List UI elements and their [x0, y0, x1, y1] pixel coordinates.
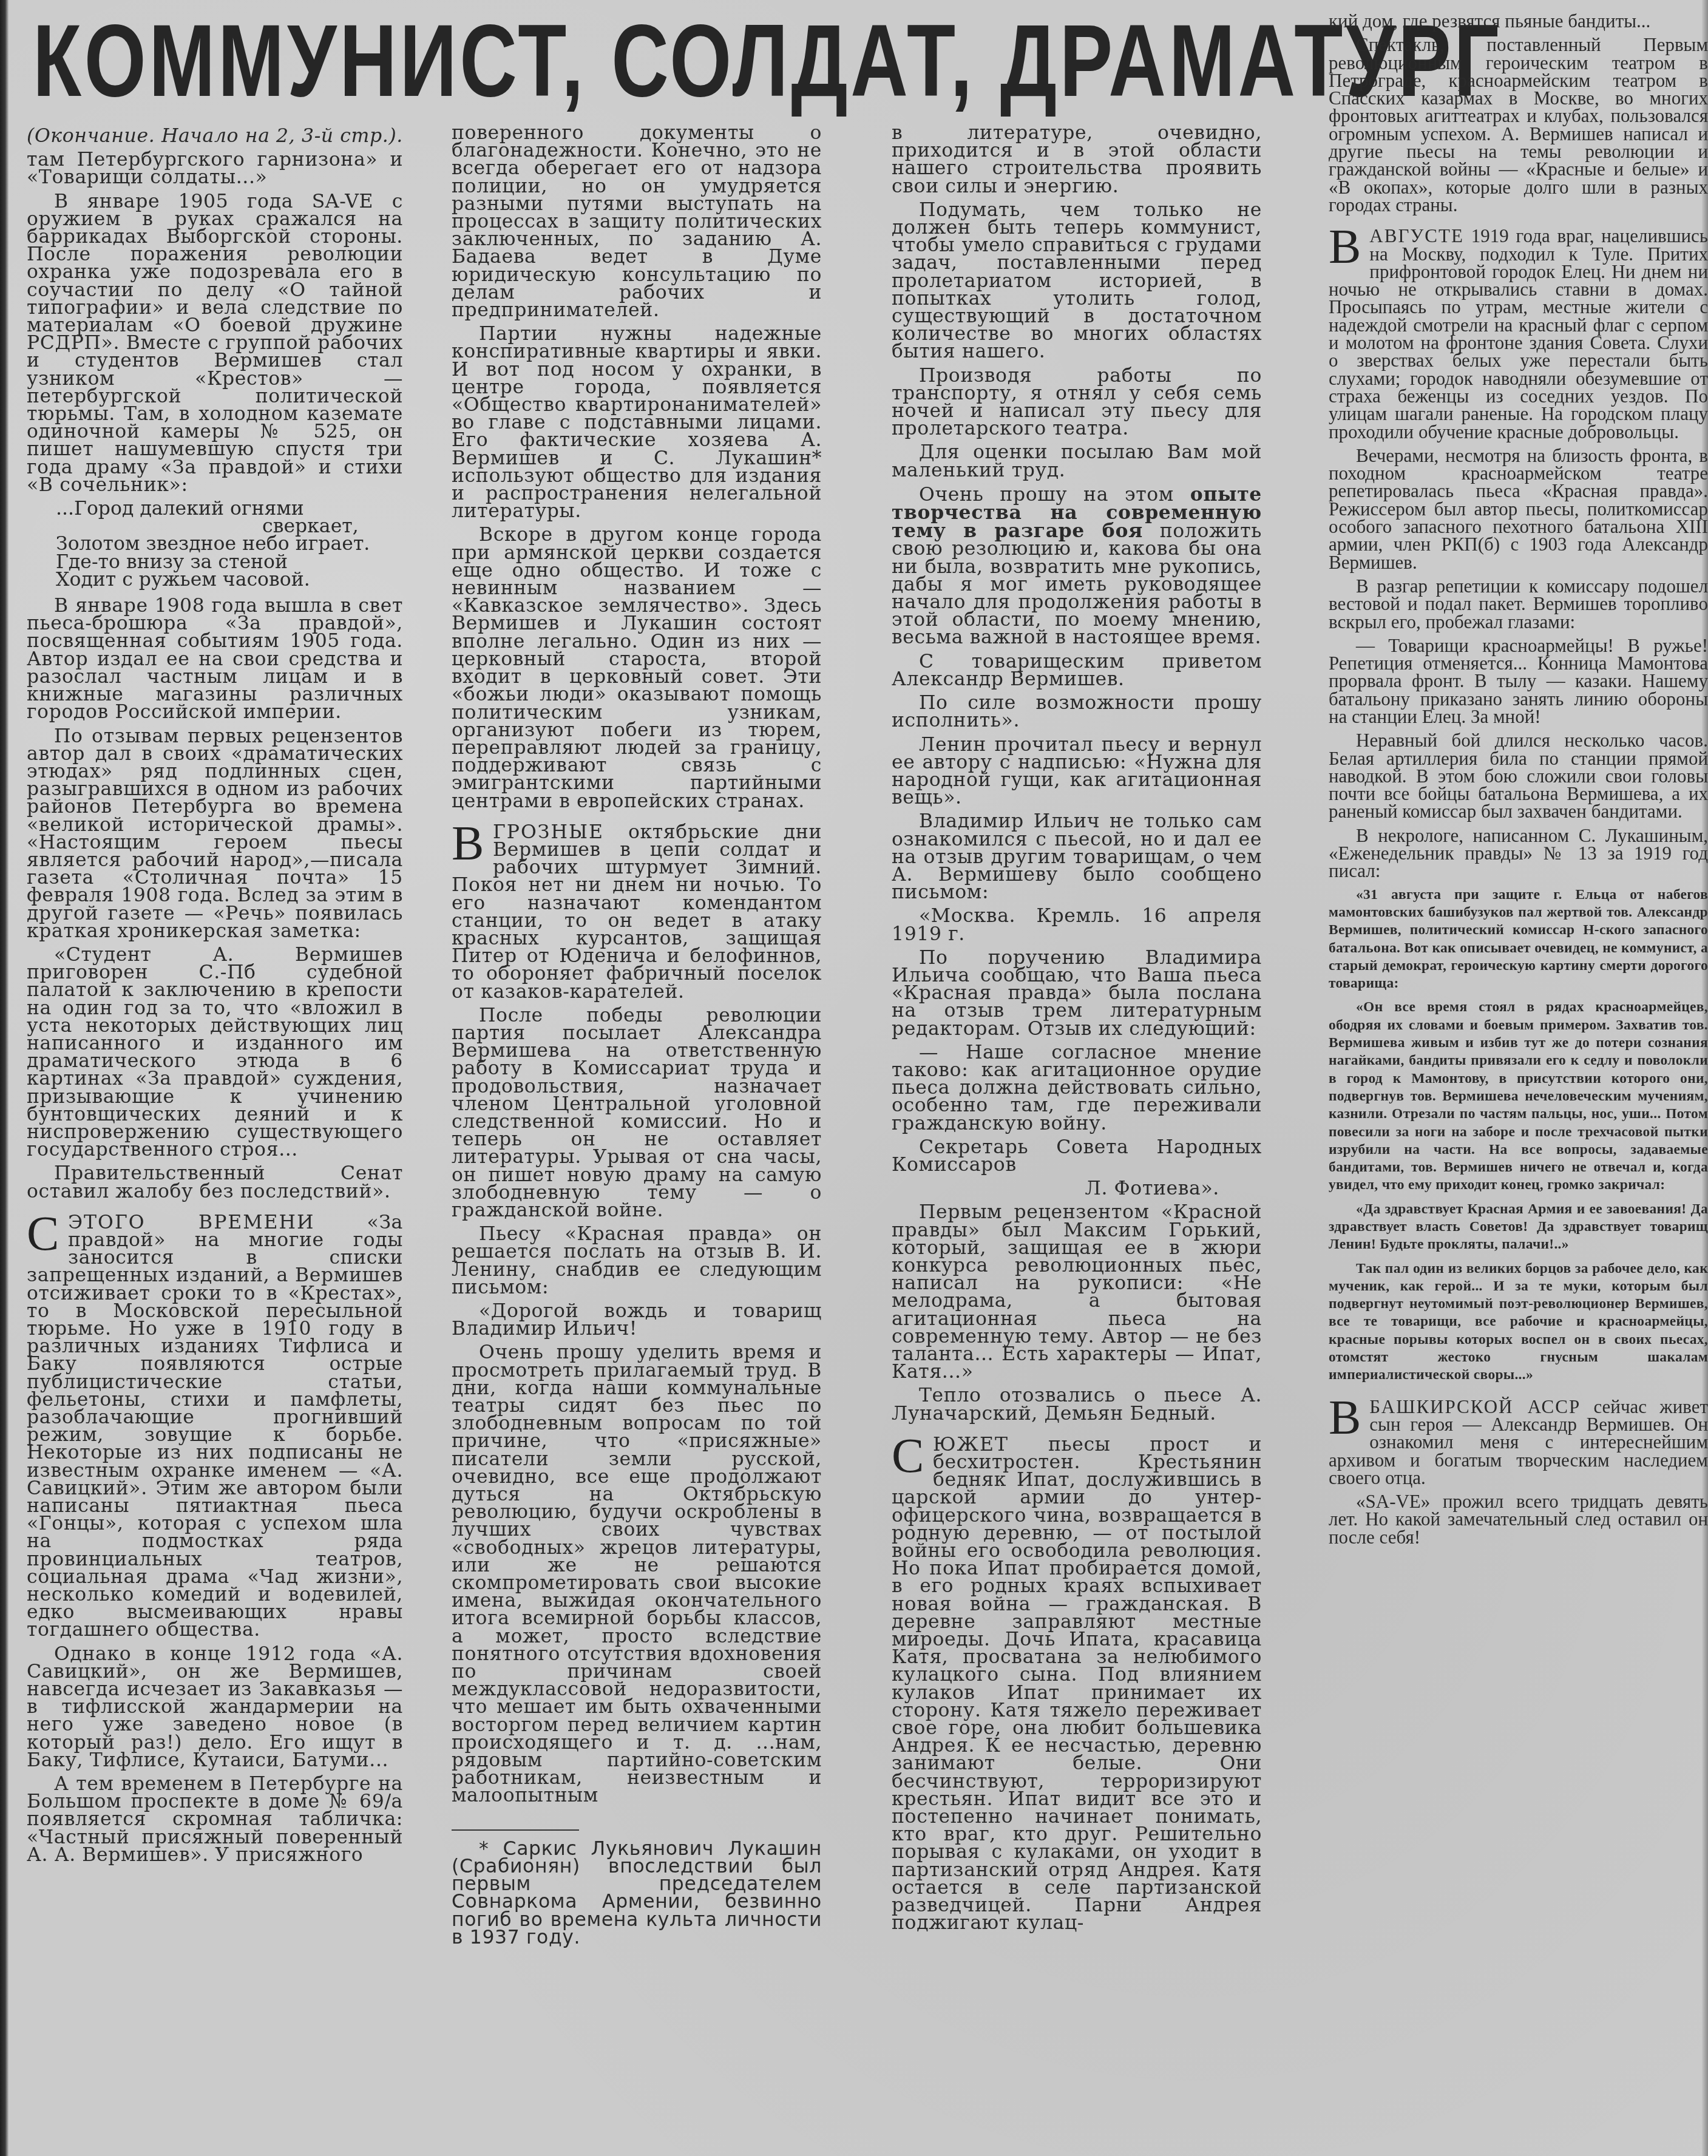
column-2: поверенного документы о благонадежности.… [452, 124, 822, 1953]
paragraph: В январе 1905 года SA-VE с оружием в рук… [27, 193, 403, 494]
paragraph: А тем временем в Петербурге на Большом п… [27, 1775, 403, 1864]
paragraph: Пьесу «Красная правда» он решается посла… [452, 1225, 822, 1297]
drop-cap: В [1329, 228, 1361, 266]
paragraph: С товарищеским приветом Александр Вермиш… [892, 653, 1262, 688]
letter-greeting: «Дорогой вождь и товарищ Владимир Ильич! [452, 1303, 822, 1338]
paragraph-text: положить свою резолюцию и, какова бы она… [892, 520, 1262, 648]
paragraph: в литературе, очевидно, приходится и в э… [892, 124, 1262, 195]
paragraph: Партии нужны надежные конспиративные ква… [452, 325, 822, 520]
obituary-quote: «31 августа при защите г. Ельца от набег… [1329, 886, 1708, 993]
paragraph: В некрологе, написанном С. Лукашиным, «Е… [1329, 827, 1708, 880]
paragraph: там Петербургского гарнизона» и «Товарищ… [27, 151, 403, 186]
obituary-quote: «Он все время стоял в рядах красноармейц… [1329, 998, 1708, 1194]
footnote-divider [452, 1829, 579, 1831]
drop-cap: С [27, 1215, 59, 1253]
paragraph-text: октябрьские дни Вермишев в цепи солдат и… [452, 821, 822, 1003]
continuation-note: (Окончание. Начало на 2, 3-й стр.). [27, 127, 403, 145]
paragraph-text: 1919 года враг, нацелившись на Москву, п… [1329, 225, 1708, 442]
paragraph: Подумать, чем только не должен быть тепе… [892, 202, 1262, 361]
section-paragraph: В ГРОЗНЫЕ октябрьские дни Вермишев в цеп… [452, 824, 822, 1001]
paragraph: кий дом, где резвятся пьяные бандиты... [1329, 12, 1708, 30]
drop-cap: В [1329, 1399, 1361, 1437]
column-4: кий дом, где резвятся пьяные бандиты... … [1329, 12, 1708, 1552]
paragraph: По поручению Владимира Ильича сообщаю, ч… [892, 949, 1262, 1038]
newspaper-page: КОММУНИСТ, СОЛДАТ, ДРАМАТУРГ (Окончание.… [8, 0, 1702, 2156]
paragraph: Вечерами, несмотря на близость фронта, в… [1329, 447, 1708, 571]
paragraph: По силе возможности прошу исполнить». [892, 694, 1262, 730]
paragraph: Владимир Ильич не только сам ознакомился… [892, 813, 1262, 901]
section-paragraph: С ЮЖЕТ пьесы прост и бесхитростен. Крест… [892, 1436, 1262, 1933]
paragraph: Очень прошу уделить время и просмотреть … [452, 1344, 822, 1805]
paragraph: Секретарь Совета Народных Комиссаров [892, 1139, 1262, 1174]
paragraph-text: «За правдой» на многие годы заносится в … [27, 1212, 403, 1641]
paragraph: Первым рецензентом «Красной правды» был … [892, 1204, 1262, 1381]
section-paragraph: С ЭТОГО ВРЕМЕНИ «За правдой» на многие г… [27, 1214, 403, 1639]
paragraph: — Наше согласное мнение таково: как агит… [892, 1044, 1262, 1133]
paragraph: Тепло отозвались о пьесе А. Луначарский,… [892, 1387, 1262, 1422]
paragraph: Правительственный Сенат оставил жалобу б… [27, 1165, 403, 1200]
column-3: в литературе, очевидно, приходится и в э… [892, 124, 1262, 1939]
paragraph: В разгар репетиции к комиссару подошел в… [1329, 577, 1708, 631]
obituary-quote: «Да здравствует Красная Армия и ее завое… [1329, 1201, 1708, 1254]
paragraph: поверенного документы о благонадежности.… [452, 124, 822, 319]
paragraph-text: пьесы прост и бесхитростен. Крестьянин б… [892, 1434, 1262, 1934]
paragraph: В январе 1908 года вышла в свет пьеса-бр… [27, 597, 403, 721]
column-1: (Окончание. Начало на 2, 3-й стр.). там … [27, 127, 403, 1870]
paragraph: Однако в конце 1912 года «А. Савицкий», … [27, 1646, 403, 1769]
paragraph: Спектакль, поставленный Первым революцио… [1329, 36, 1708, 214]
paragraph: Очень прошу на этом опыте творчества на … [892, 486, 1262, 647]
paragraph: — Товарищи красноармейцы! В ружье! Репет… [1329, 637, 1708, 725]
paragraph: Производя работы по транспорту, я отнял … [892, 367, 1262, 438]
footnote: * Саркис Лукьянович Лукашин (Срабионян) … [452, 1840, 822, 1947]
obituary-quote: Так пал один из великих борцов за рабоче… [1329, 1260, 1708, 1385]
article-headline: КОММУНИСТ, СОЛДАТ, ДРАМАТУРГ [33, 12, 994, 109]
poem-excerpt: ...Город далекий огнями сверкает, Золото… [27, 500, 403, 589]
signature: Л. Фотиева». [892, 1180, 1262, 1198]
paragraph: «Москва. Кремль. 16 апреля 1919 г. [892, 907, 1262, 943]
poem-line: Ходит с ружьем часовой. [56, 571, 403, 589]
drop-cap: В [452, 825, 484, 863]
paragraph: «SA-VE» прожил всего тридцать девять лет… [1329, 1493, 1708, 1546]
paragraph: «Студент А. Вермишев приговорен С.-Пб су… [27, 946, 403, 1159]
section-paragraph: В БАШКИРСКОЙ АССР сейчас живет сын героя… [1329, 1398, 1708, 1486]
drop-cap: С [892, 1437, 924, 1475]
paragraph: Неравный бой длился несколько часов. Бел… [1329, 731, 1708, 820]
section-paragraph: В АВГУСТЕ 1919 года враг, нацелившись на… [1329, 227, 1708, 441]
paragraph: По отзывам первых рецензентов автор дал … [27, 728, 403, 940]
paragraph: После победы революции партия посылает А… [452, 1007, 822, 1219]
scan-edge-left [0, 0, 8, 2156]
paragraph: Для оценки посылаю Вам мой маленький тру… [892, 444, 1262, 479]
paragraph: Ленин прочитал пьесу и вернул ее автору … [892, 736, 1262, 807]
paragraph: Вскоре в другом конце города при армянск… [452, 526, 822, 810]
